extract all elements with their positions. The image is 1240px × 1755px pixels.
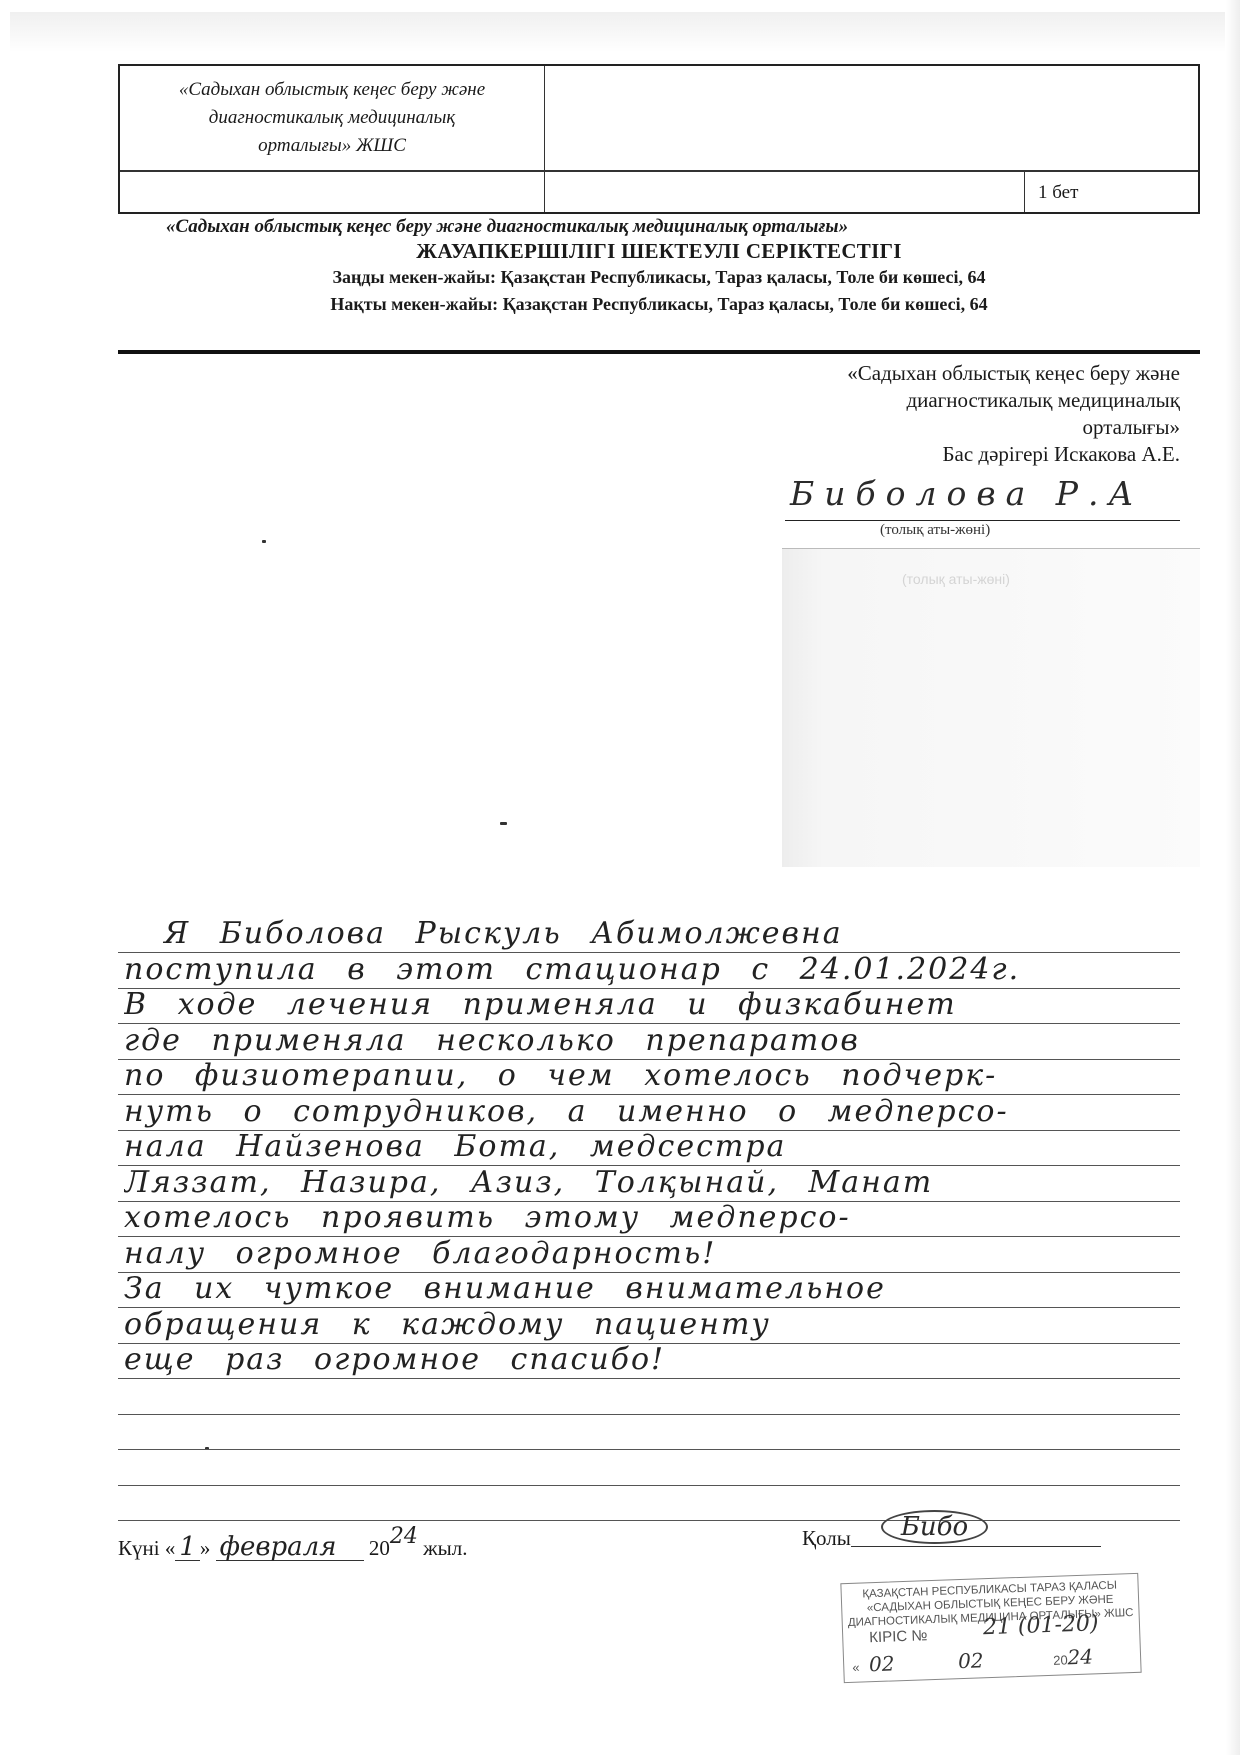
- stamp-date: « 02 02 2024: [852, 1648, 1132, 1675]
- handwritten-line: Я Биболова Рыскуль Абимолжевна: [124, 916, 1224, 951]
- addressee-line: орталығы»: [740, 414, 1180, 441]
- stamp-date-year-prefix: 20: [1053, 1652, 1068, 1667]
- scan-edge: [1226, 0, 1240, 1755]
- header-table: «Садыхан облыстық кеңес беру және диагно…: [118, 64, 1200, 214]
- handwritten-line: где применяла несколько препаратов: [124, 1023, 1184, 1058]
- ruled-line: [118, 1485, 1180, 1486]
- stamp-date-year-suffix: 24: [1067, 1644, 1093, 1669]
- ruled-line: [118, 1414, 1180, 1415]
- sender-name-handwritten: Биболова Р.А: [790, 474, 1143, 513]
- ruled-line: [118, 1449, 1180, 1450]
- ghost-text: (толық аты-жөні): [902, 571, 1010, 587]
- header-org-line: диагностикалық медициналық: [120, 104, 544, 132]
- signature-field: Бибо: [851, 1524, 1101, 1547]
- header-org-line: «Садыхан облыстық кеңес беру және: [120, 76, 544, 104]
- date-label: Күні «: [118, 1536, 175, 1560]
- handwritten-line: хотелось проявить этому медперсо-: [124, 1200, 1184, 1235]
- date-row: Күні «1» февраля 2024 жыл.: [118, 1524, 468, 1561]
- table-divider: [120, 170, 1198, 172]
- addressee-line: диагностикалық медициналық: [740, 387, 1180, 414]
- company-legal-form: ЖАУАПКЕРШІЛІГІ ШЕКТЕУЛІ СЕРІКТЕСТІГІ: [118, 238, 1200, 264]
- page-number: 1 бет: [1038, 182, 1078, 204]
- company-name: «Садыхан облыстық кеңес беру және диагно…: [118, 216, 1200, 238]
- date-month: февраля: [216, 1534, 364, 1561]
- handwritten-line: Ляззат, Назира, Азиз, Толқынай, Манат: [124, 1165, 1184, 1200]
- handwritten-line: по физиотерапии, о чем хотелось подчерк-: [124, 1058, 1184, 1093]
- scan-speck: [262, 540, 266, 543]
- table-divider: [544, 66, 545, 212]
- stamp-date-quote: «: [852, 1660, 860, 1675]
- sender-caption: (толық аты-жөні): [880, 522, 990, 539]
- company-header: «Садыхан облыстық кеңес беру және диагно…: [118, 216, 1200, 318]
- stamp-date-month: 02: [958, 1648, 984, 1673]
- handwritten-line: В ходе лечения применяла и физкабинет: [124, 987, 1184, 1022]
- incoming-stamp: ҚАЗАҚСТАН РЕСПУБЛИКАСЫ ТАРАЗ ҚАЛАСЫ «САД…: [840, 1573, 1141, 1683]
- handwritten-line: нала Найзенова Бота, медсестра: [124, 1129, 1184, 1164]
- table-divider: [1024, 170, 1025, 212]
- handwritten-line: поступила в этот стационар с 24.01.2024г…: [124, 952, 1184, 987]
- date-day: 1: [175, 1534, 200, 1561]
- faded-scan-area: (толық аты-жөні): [782, 548, 1200, 867]
- addressee-block: «Садыхан облыстық кеңес беру және диагно…: [740, 360, 1180, 468]
- signature-label: Қолы: [802, 1526, 851, 1550]
- handwritten-line: налу огромное благодарность!: [124, 1236, 1184, 1271]
- header-rule: [118, 350, 1200, 354]
- ruled-line: [118, 1520, 1180, 1521]
- header-org-name: «Садыхан облыстық кеңес беру және диагно…: [120, 76, 544, 160]
- ruled-line: [118, 1378, 1180, 1379]
- date-suffix: жыл.: [423, 1536, 467, 1560]
- addressee-line: Бас дәрігері Искакова А.Е.: [740, 441, 1180, 468]
- handwritten-line: За их чуткое внимание внимательное: [124, 1271, 1184, 1306]
- addressee-line: «Садыхан облыстық кеңес беру және: [740, 360, 1180, 387]
- signature-handwritten: Бибо: [881, 1510, 988, 1544]
- scan-speck: [500, 822, 507, 825]
- date-year-suffix: 24: [390, 1524, 418, 1549]
- handwritten-line: еще раз огромное спасибо!: [124, 1342, 1184, 1377]
- stamp-incoming-number: 21 (01-20): [983, 1617, 1099, 1635]
- handwritten-line: обращения к каждому пациенту: [124, 1307, 1184, 1342]
- legal-address: Заңды мекен-жайы: Қазақстан Республикасы…: [118, 264, 1200, 291]
- signature-row: ҚолыБибо: [802, 1524, 1101, 1551]
- header-org-line: орталығы» ЖШС: [120, 132, 544, 160]
- handwritten-line: нуть о сотрудников, а именно о медперсо-: [124, 1094, 1184, 1129]
- scan-shadow: [10, 12, 1225, 52]
- date-quote: »: [200, 1536, 211, 1560]
- stamp-date-day: 02: [869, 1651, 895, 1676]
- actual-address: Нақты мекен-жайы: Қазақстан Республикасы…: [118, 291, 1200, 318]
- date-year-prefix: 20: [369, 1536, 390, 1560]
